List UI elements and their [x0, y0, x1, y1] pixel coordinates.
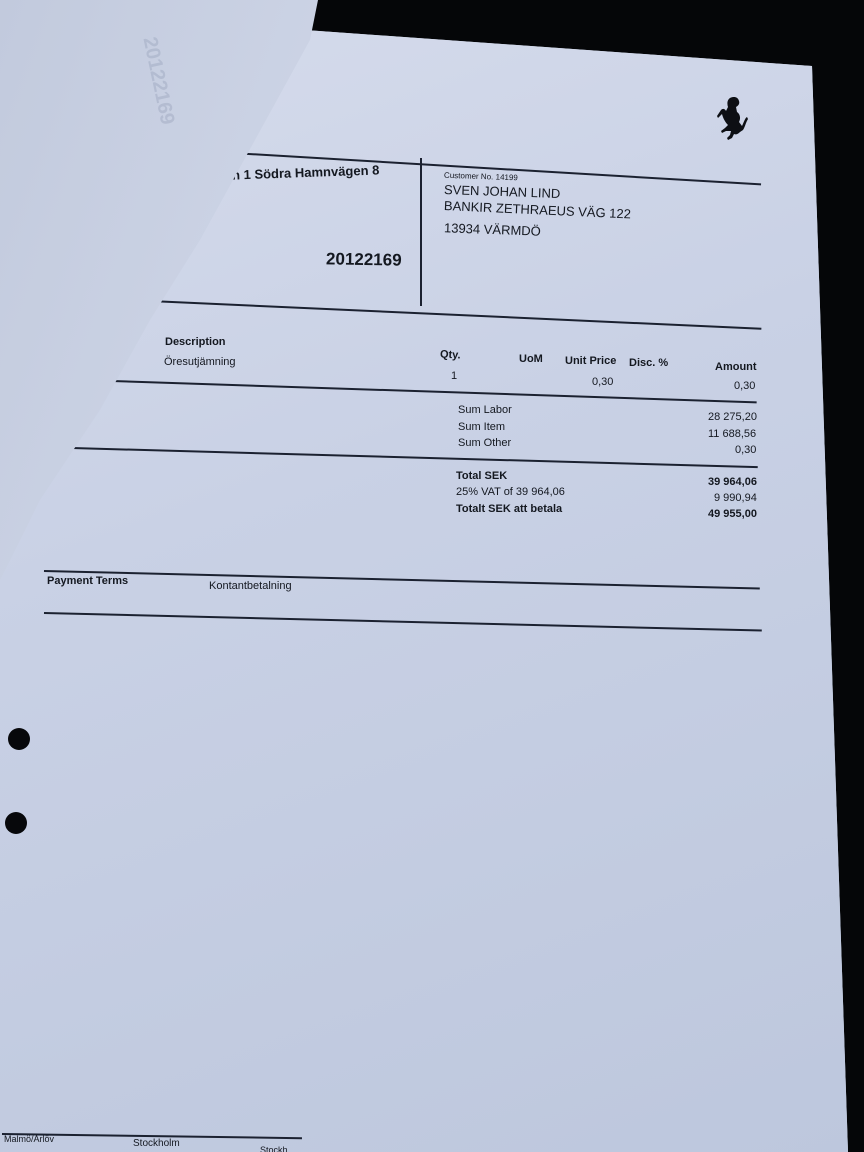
header-divider: [420, 158, 422, 306]
column-uom: UoM: [519, 353, 543, 365]
sum-other-value: 0,30: [735, 444, 756, 456]
sum-labor-value: 28 275,20: [708, 411, 757, 423]
column-disc: Disc. %: [629, 357, 668, 369]
sum-other-label: Sum Other: [458, 437, 511, 449]
row-description: Öresutjämning: [164, 356, 236, 368]
row-qty: 1: [451, 370, 457, 382]
footer-location-stockh: Stockh: [260, 1145, 288, 1152]
total-sek-value: 39 964,06: [708, 476, 757, 488]
row-unit-price: 0,30: [592, 376, 613, 388]
column-amount: Amount: [715, 361, 757, 373]
previous-page-ghost-number: 20122169: [138, 35, 179, 127]
sum-item-label: Sum Item: [458, 421, 505, 433]
customer-no-value: 14199: [495, 173, 518, 183]
prancing-horse-icon: [714, 94, 750, 144]
total-to-pay-label: Totalt SEK att betala: [456, 503, 562, 515]
payment-terms-label: Payment Terms: [47, 575, 128, 587]
vat-label: 25% VAT of 39 964,06: [456, 486, 565, 498]
total-sek-label: Total SEK: [456, 470, 507, 482]
footer-location-stockholm: Stockholm: [133, 1138, 180, 1149]
sum-labor-label: Sum Labor: [458, 404, 512, 416]
row-amount: 0,30: [734, 380, 755, 392]
payment-terms-value: Kontantbetalning: [209, 580, 292, 592]
footer-location-malmo: Malmö/Arlöv: [4, 1134, 54, 1144]
column-qty: Qty.: [440, 348, 461, 361]
sum-item-value: 11 688,56: [708, 428, 756, 440]
customer-no-label: Customer No.: [444, 171, 494, 182]
column-description: Description: [165, 336, 226, 348]
punch-hole: [5, 812, 27, 834]
total-to-pay-value: 49 955,00: [708, 508, 757, 520]
column-unit-price: Unit Price: [565, 355, 616, 367]
invoice-number: 20122169: [326, 249, 402, 270]
vat-value: 9 990,94: [714, 492, 757, 504]
punch-hole: [8, 728, 30, 750]
